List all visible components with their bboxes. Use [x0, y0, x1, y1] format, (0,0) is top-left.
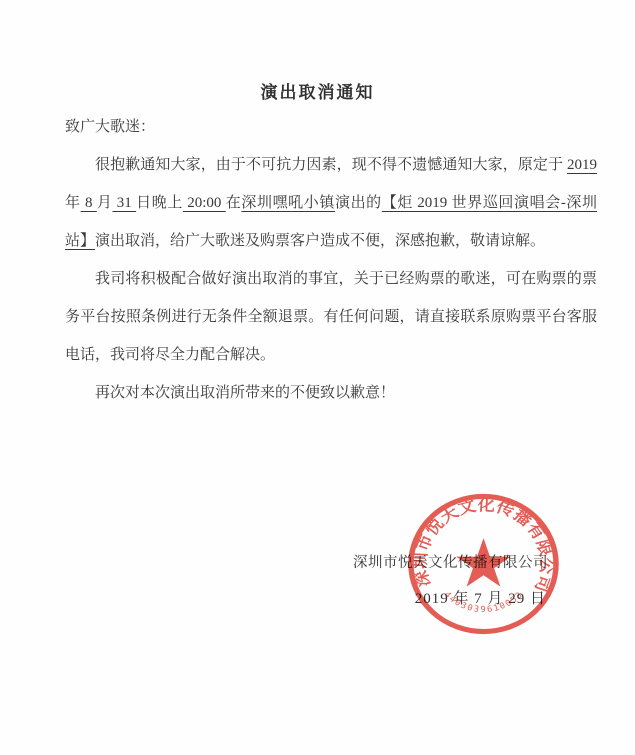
body-text: 务平台按照条例进行无条件全额退票。有任何问题，请直接联系原购票平台客服 — [65, 309, 597, 325]
body-line: 我司将积极配合做好演出取消的事宜，关于已经购票的歌迷，可在购票的票 — [65, 260, 597, 298]
underlined-text: 站】 — [65, 233, 95, 249]
document-body: 致广大歌迷： 很抱歉通知大家，由于不可抗力因素，现不得不遗憾通知大家，原定于 2… — [65, 108, 597, 412]
page-title: 演出取消通知 — [0, 78, 635, 103]
body-line: 年 8 月 31 日晚上 20:00 在深圳嘿吼小镇演出的【炬 2019 世界巡… — [65, 184, 597, 222]
seal-star-icon — [456, 538, 511, 587]
body-text: 演出取消，给广大歌迷及购票客户造成不便，深感抱歉，敬请谅解。 — [95, 233, 545, 249]
body-text: 再次对本次演出取消所带来的不便致以歉意！ — [95, 385, 395, 401]
body-text: 年 — [65, 195, 81, 211]
underlined-text: 2019 — [567, 157, 597, 173]
underlined-text: 20:00 — [183, 195, 226, 211]
body-text: 我司将积极配合做好演出取消的事宜，关于已经购票的歌迷，可在购票的票 — [95, 271, 597, 287]
cancellation-notice-document: 演出取消通知 致广大歌迷： 很抱歉通知大家，由于不可抗力因素，现不得不遗憾通知大… — [0, 0, 635, 755]
body-line: 务平台按照条例进行无条件全额退票。有任何问题，请直接联系原购票平台客服 — [65, 298, 597, 336]
body-text: 电话，我司将尽全力配合解决。 — [65, 347, 275, 363]
salutation: 致广大歌迷： — [65, 108, 597, 146]
body-text: 在 — [226, 195, 242, 211]
body-line: 站】演出取消，给广大歌迷及购票客户造成不便，深感抱歉，敬请谅解。 — [65, 222, 597, 260]
body-line: 很抱歉通知大家，由于不可抗力因素，现不得不遗憾通知大家，原定于 2019 — [65, 146, 597, 184]
underlined-text: 31 — [112, 195, 136, 211]
body-line: 再次对本次演出取消所带来的不便致以歉意！ — [65, 374, 597, 412]
body-text: 月 — [97, 195, 113, 211]
body-text: 日晚上 — [136, 195, 183, 211]
underlined-text: 8 — [81, 195, 97, 211]
underlined-text: 深圳嘿吼小镇 — [241, 195, 335, 211]
company-seal: 深圳市悦天文化传播有限公司 4403039610053 — [404, 490, 563, 638]
body-line: 电话，我司将尽全力配合解决。 — [65, 336, 597, 374]
body-text: 很抱歉通知大家，由于不可抗力因素，现不得不遗憾通知大家，原定于 — [95, 157, 567, 173]
underlined-text: 【炬 2019 世界巡回演唱会-深圳 — [382, 195, 597, 211]
body-text: 演出的 — [335, 195, 382, 211]
seal-serial-number: 4403039610053 — [442, 590, 526, 615]
